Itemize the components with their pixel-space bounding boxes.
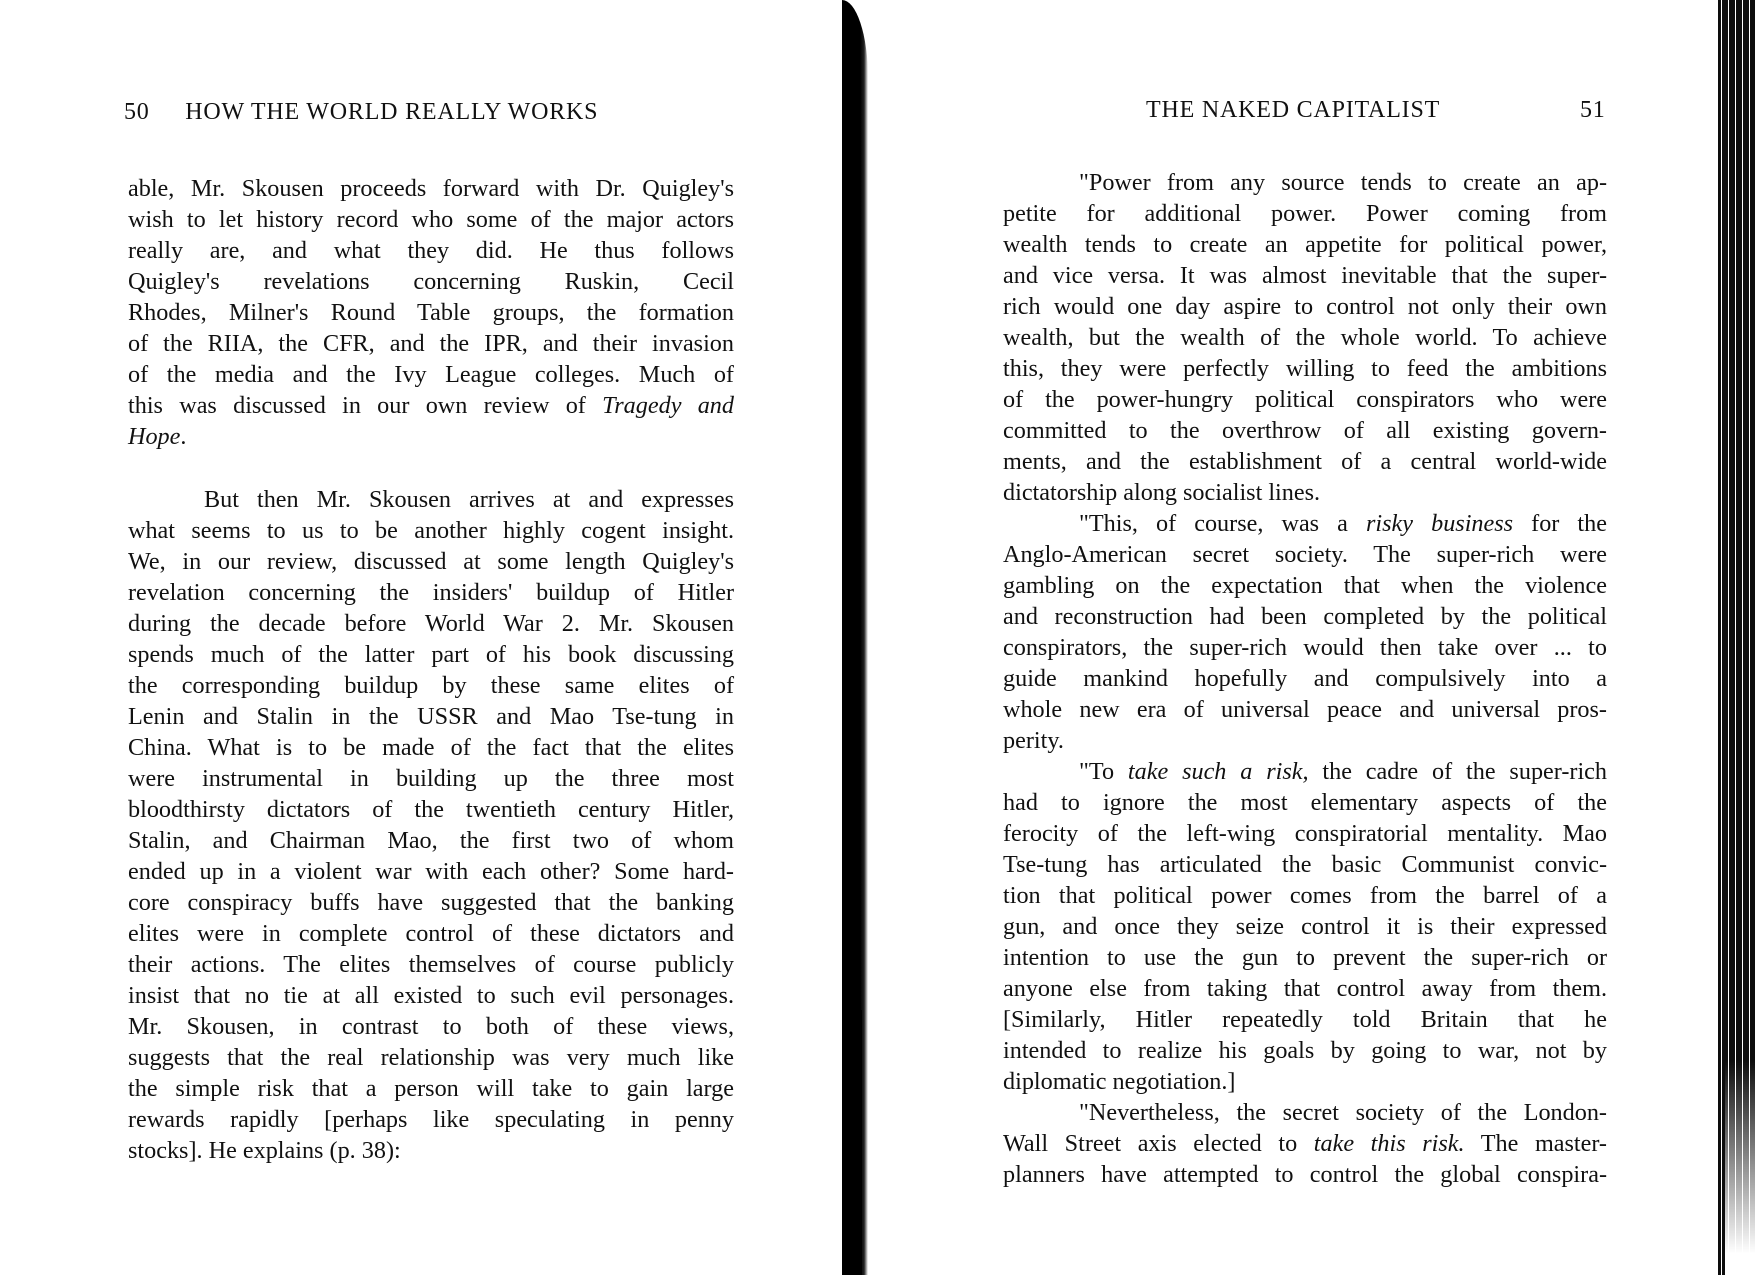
text-line: ferocity of the left-wing conspiratorial…: [1003, 818, 1607, 849]
text-line: Lenin and Stalin in the USSR and Mao Tse…: [128, 701, 734, 732]
book-gutter-line: [857, 1010, 862, 1275]
text-fragment: "This, of course, was a: [1079, 510, 1366, 537]
paragraph: able, Mr. Skousen proceeds forward with …: [128, 173, 734, 452]
text-line: wish to let history record who some of t…: [128, 204, 734, 235]
left-running-title: HOW THE WORLD REALLY WORKS: [185, 99, 598, 125]
text-fragment: this was discussed in our own review of: [128, 392, 586, 419]
text-line: bloodthirsty dictators of the twentieth …: [128, 794, 734, 825]
emphasis: take such a risk,: [1128, 758, 1309, 785]
emphasis: take this risk.: [1314, 1130, 1465, 1157]
text-line: suggests that the real relationship was …: [128, 1042, 734, 1073]
text-line: perity.: [1003, 725, 1607, 756]
text-line: whole new era of universal peace and uni…: [1003, 694, 1607, 725]
text-line: conspirators, the super-rich would then …: [1003, 632, 1607, 663]
text-line: [Similarly, Hitler repeatedly told Brita…: [1003, 1004, 1607, 1035]
book-gutter-shadow: [842, 0, 868, 1275]
text-line: China. What is to be made of the fact th…: [128, 732, 734, 763]
text-line: what seems to us to be another highly co…: [128, 515, 734, 546]
left-running-head: 50 HOW THE WORLD REALLY WORKS: [124, 99, 598, 126]
book-title: Hope: [128, 423, 180, 450]
text-line: guide mankind hopefully and compulsively…: [1003, 663, 1607, 694]
paragraph: But then Mr. Skousen arrives at and expr…: [128, 484, 734, 1166]
text-line: rewards rapidly [perhaps like speculatin…: [128, 1104, 734, 1135]
text-line: and reconstruction had been completed by…: [1003, 601, 1607, 632]
text-line: gambling on the expectation that when th…: [1003, 570, 1607, 601]
right-body-text: "Power from any source tends to create a…: [1003, 167, 1607, 1190]
right-running-title: THE NAKED CAPITALIST: [1146, 97, 1440, 124]
block-quote-paragraph: "Power from any source tends to create a…: [1003, 167, 1607, 508]
text-line: spends much of the latter part of his bo…: [128, 639, 734, 670]
text-line: "Power from any source tends to create a…: [1003, 167, 1607, 198]
text-line: stocks]. He explains (p. 38):: [128, 1135, 734, 1166]
left-page-number: 50: [124, 99, 150, 125]
text-line: intended to realize his goals by going t…: [1003, 1035, 1607, 1066]
text-line: "Nevertheless, the secret society of the…: [1003, 1097, 1607, 1128]
text-line: able, Mr. Skousen proceeds forward with …: [128, 173, 734, 204]
right-page-number: 51: [1580, 97, 1606, 124]
text-line: tion that political power comes from the…: [1003, 880, 1607, 911]
text-line: intention to use the gun to prevent the …: [1003, 942, 1607, 973]
text-line: their actions. The elites themselves of …: [128, 949, 734, 980]
text-line: wealth, but the wealth of the whole worl…: [1003, 322, 1607, 353]
book-title: Tragedy and: [602, 392, 734, 419]
text-line: during the decade before World War 2. Mr…: [128, 608, 734, 639]
page-edge-fade: [1725, 1060, 1755, 1275]
text-line: gun, and once they seize control it is t…: [1003, 911, 1607, 942]
text-line: core conspiracy buffs have suggested tha…: [128, 887, 734, 918]
text-line: anyone else from taking that control awa…: [1003, 973, 1607, 1004]
text-line: petite for additional power. Power comin…: [1003, 198, 1607, 229]
text-line: planners have attempted to control the g…: [1003, 1159, 1607, 1190]
text-line: of the media and the Ivy League colleges…: [128, 359, 734, 390]
text-line: revelation concerning the insiders' buil…: [128, 577, 734, 608]
text-line: wealth tends to create an appetite for p…: [1003, 229, 1607, 260]
text-line: really are, and what they did. He thus f…: [128, 235, 734, 266]
text-line: Wall Street axis elected to take this ri…: [1003, 1128, 1607, 1159]
text-line: "This, of course, was a risky business f…: [1003, 508, 1607, 539]
text-line: Anglo-American secret society. The super…: [1003, 539, 1607, 570]
text-line: "To take such a risk, the cadre of the s…: [1003, 756, 1607, 787]
text-line: Tse-tung has articulated the basic Commu…: [1003, 849, 1607, 880]
text-line: were instrumental in building up the thr…: [128, 763, 734, 794]
emphasis: risky business: [1366, 510, 1513, 537]
text-line: ments, and the establishment of a centra…: [1003, 446, 1607, 477]
text-line: Hope.: [128, 421, 734, 452]
left-body-text: able, Mr. Skousen proceeds forward with …: [128, 173, 734, 1166]
block-quote-paragraph: "This, of course, was a risky business f…: [1003, 508, 1607, 756]
text-line: elites were in complete control of these…: [128, 918, 734, 949]
text-line: But then Mr. Skousen arrives at and expr…: [128, 484, 734, 515]
text-line: had to ignore the most elementary aspect…: [1003, 787, 1607, 818]
block-quote-paragraph: "Nevertheless, the secret society of the…: [1003, 1097, 1607, 1190]
text-line: of the power-hungry political conspirato…: [1003, 384, 1607, 415]
text-line: insist that no tie at all existed to suc…: [128, 980, 734, 1011]
text-line: this, they were perfectly willing to fee…: [1003, 353, 1607, 384]
text-fragment: for the: [1513, 510, 1607, 537]
text-fragment: the cadre of the super-rich: [1309, 758, 1607, 785]
text-line: Mr. Skousen, in contrast to both of thes…: [128, 1011, 734, 1042]
text-line: Rhodes, Milner's Round Table groups, the…: [128, 297, 734, 328]
text-line: of the RIIA, the CFR, and the IPR, and t…: [128, 328, 734, 359]
text-line: this was discussed in our own review of …: [128, 390, 734, 421]
text-line: rich would one day aspire to control not…: [1003, 291, 1607, 322]
block-quote-paragraph: "To take such a risk, the cadre of the s…: [1003, 756, 1607, 1097]
text-line: and vice versa. It was almost inevitable…: [1003, 260, 1607, 291]
text-line: dictatorship along socialist lines.: [1003, 477, 1607, 508]
text-line: ended up in a violent war with each othe…: [128, 856, 734, 887]
text-line: the simple risk that a person will take …: [128, 1073, 734, 1104]
text-line: committed to the overthrow of all existi…: [1003, 415, 1607, 446]
text-line: We, in our review, discussed at some len…: [128, 546, 734, 577]
text-fragment: "To: [1079, 758, 1128, 785]
text-line: Stalin, and Chairman Mao, the first two …: [128, 825, 734, 856]
text-line: diplomatic negotiation.]: [1003, 1066, 1607, 1097]
text-fragment: Wall Street axis elected to: [1003, 1130, 1314, 1157]
text-fragment: The master-: [1465, 1130, 1607, 1157]
text-line: Quigley's revelations concerning Ruskin,…: [128, 266, 734, 297]
text-line: the corresponding buildup by these same …: [128, 670, 734, 701]
